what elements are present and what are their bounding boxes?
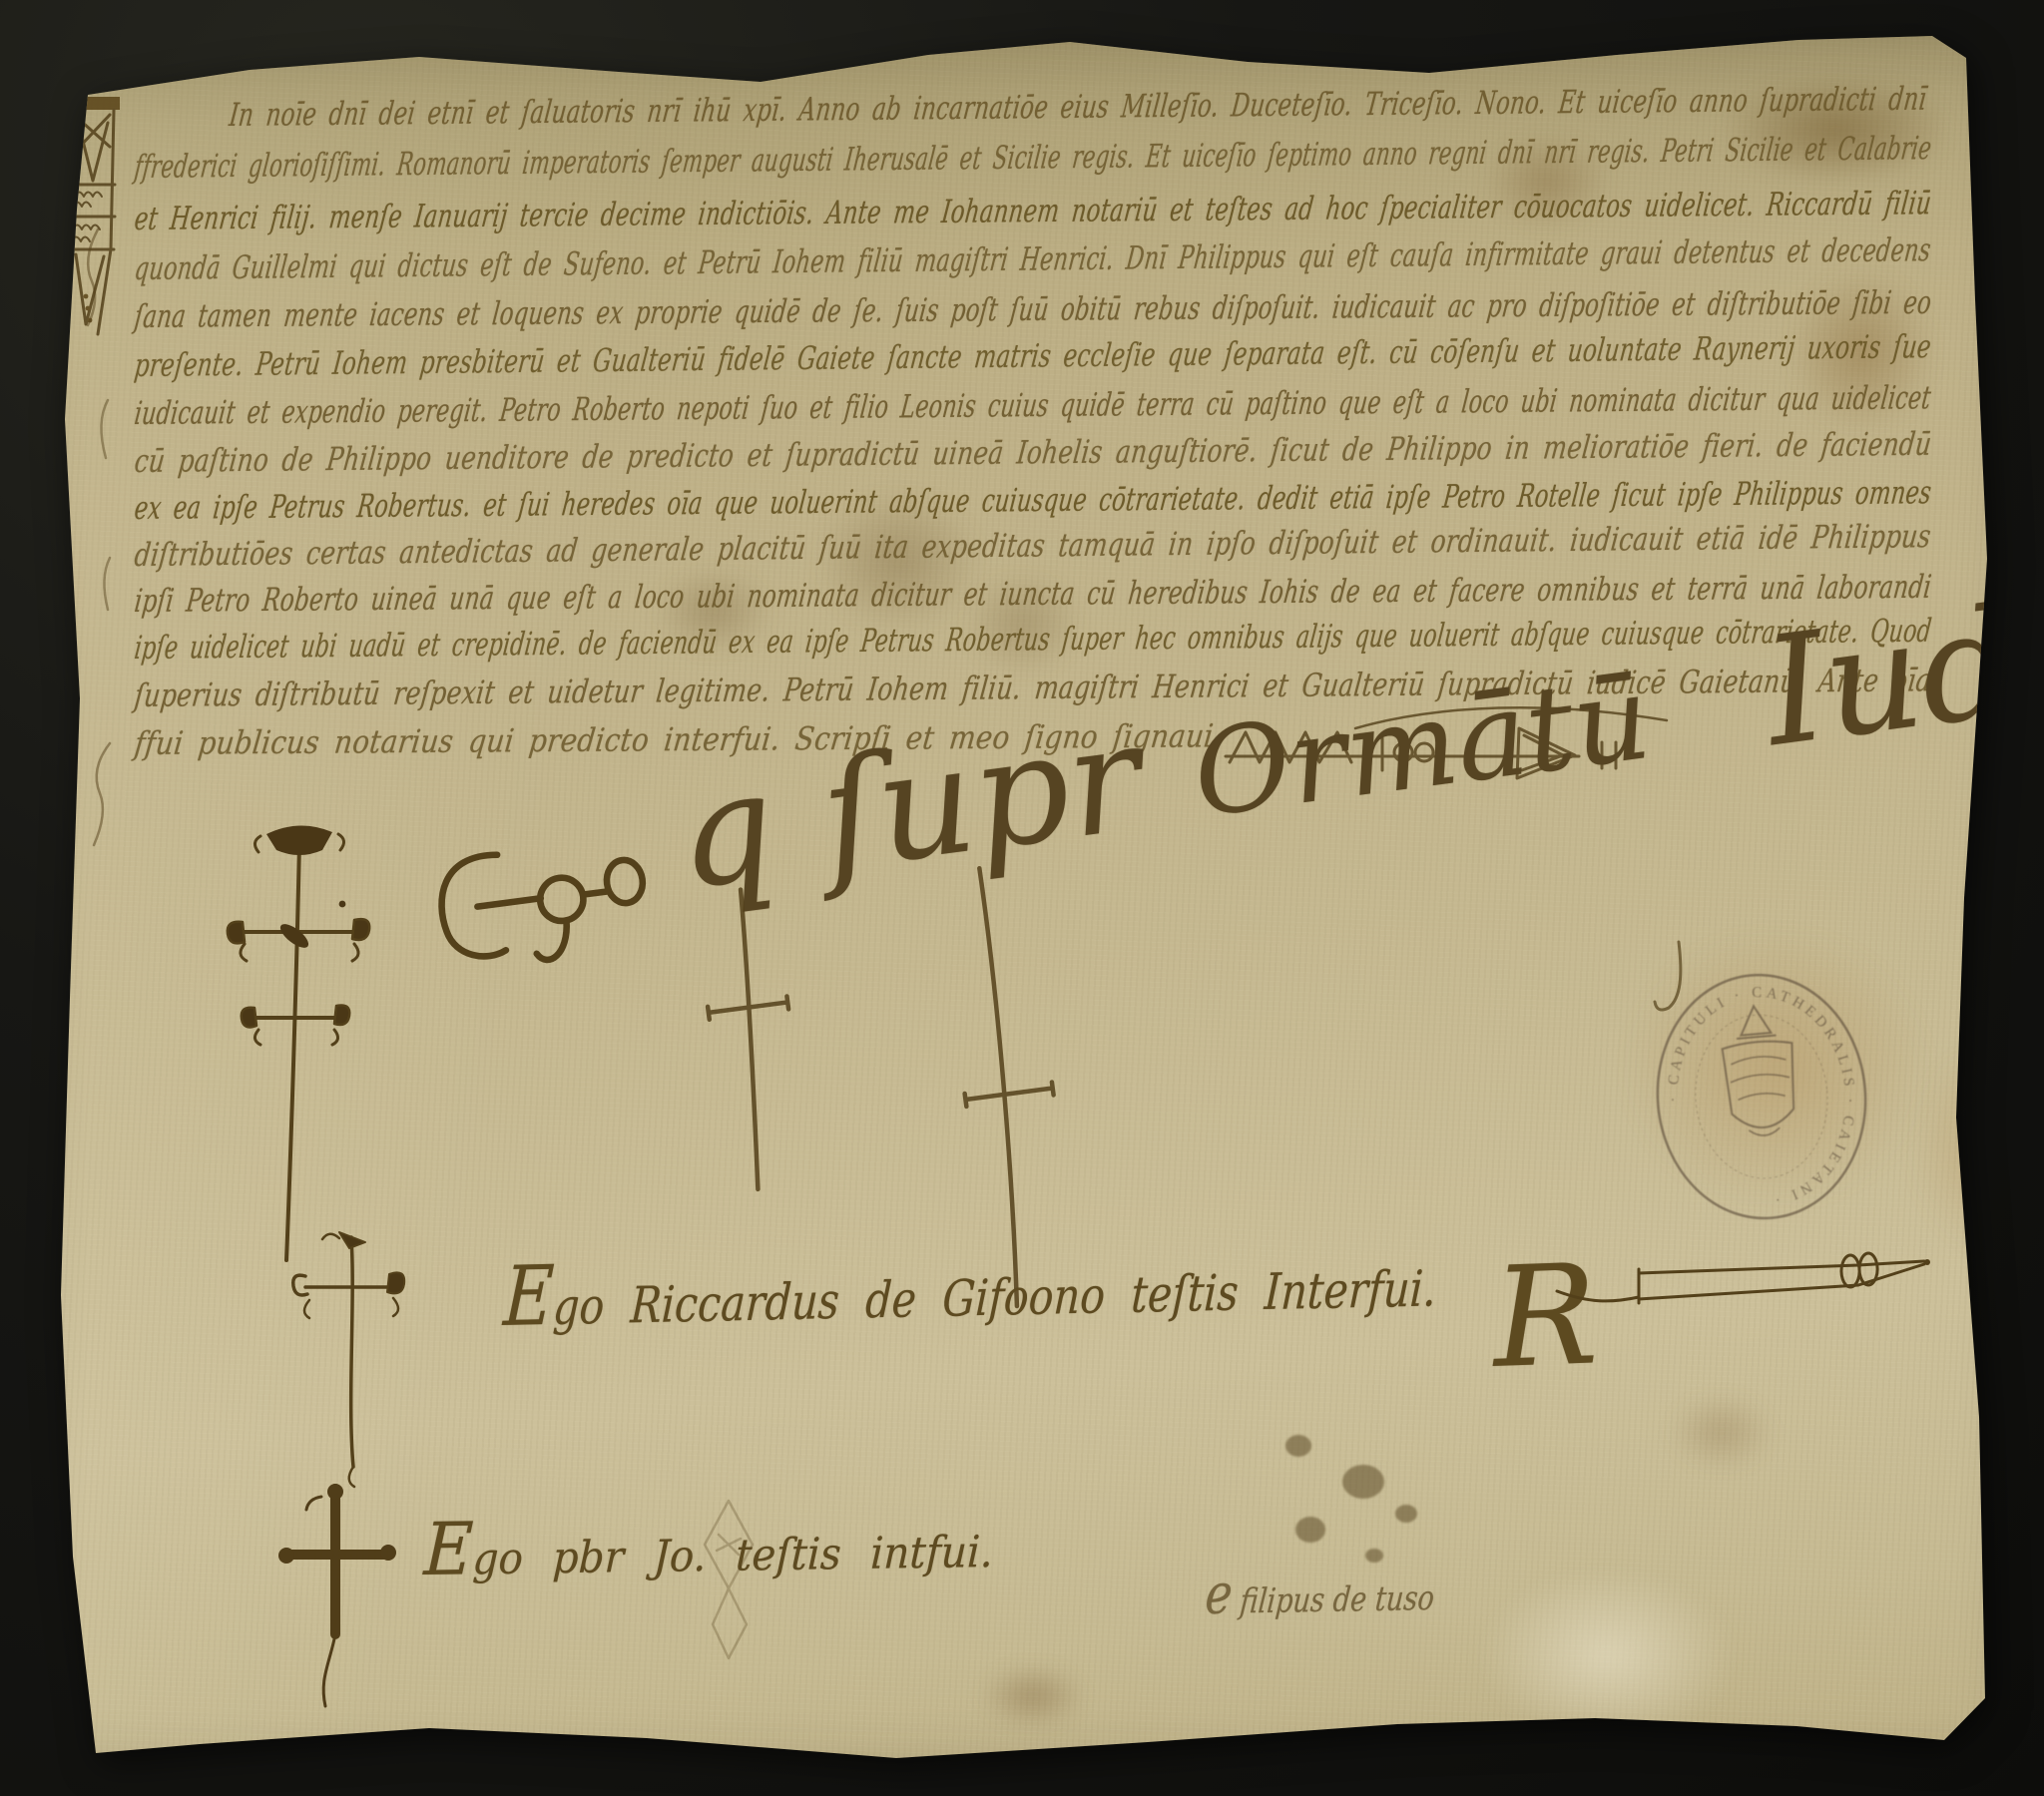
margin-squiggle-icon (96, 554, 118, 614)
archive-oval-stamp: · CAPITULI · CATHEDRALIS · CAIETANI · (1624, 949, 1901, 1244)
margin-squiggle-icon (78, 222, 112, 333)
ink-spot (1285, 1435, 1311, 1457)
charter-text-line: diſtributiōes certas antedictas ad gener… (133, 517, 1933, 574)
witness1-sword-flourish-icon (1553, 1239, 1942, 1319)
charter-text-line: ſana tamen mente iacens et loquens ex pr… (133, 283, 1934, 335)
stain-bottom-center (958, 1651, 1108, 1741)
ink-spot (1395, 1505, 1417, 1523)
parchment-sheet: In noīe dnī dei etnī et ſaluatoris nrī i… (0, 0, 2044, 1796)
ink-spot (1295, 1517, 1325, 1543)
lozenge-doodle-icon (689, 1495, 768, 1664)
stain-lower-right (1647, 1377, 1796, 1487)
charter-text-line: et Henrici filij. menſe Ianuarij tercie … (133, 184, 1933, 237)
witness2-bold-cross-icon (271, 1475, 406, 1714)
photograph-of-parchment-charter: { "canvas": {"width": 2048, "height": 18… (0, 0, 2044, 1796)
charter-text-line: preſente. Petrū Iohem presbiterū et Gual… (133, 327, 1933, 384)
margin-squiggle-icon (92, 394, 118, 464)
margin-squiggle-icon (84, 733, 124, 855)
charter-text-line: quondā Guillelmi qui dictus eſt de Sufen… (133, 230, 1933, 287)
charter-text-line: ffrederici glorioſiſſimi. Romanorū imper… (133, 129, 1933, 186)
judge-cross-signum-icon (215, 816, 364, 1275)
charter-text-line: iudicauit et expendio peregit. Petro Rob… (133, 378, 1933, 432)
later-annotation: e filipus de tuso (1203, 1559, 1437, 1627)
ink-spot (1342, 1465, 1384, 1499)
witness1-subscription: Ego Riccardus de Gifoono teſtis Interfui… (502, 1229, 1439, 1345)
charter-text-line: cū paſtino de Philippo uenditore de pred… (133, 425, 1934, 480)
witness1-cross-signum-icon (289, 1222, 419, 1472)
parchment-wrapper: In noīe dnī dei etnī et ſaluatoris nrī i… (0, 0, 2044, 1796)
light-patch-bottom-right (1437, 1542, 1777, 1771)
charter-text-line: In noīe dnī dei etnī et ſaluatoris nrī i… (228, 80, 1928, 134)
